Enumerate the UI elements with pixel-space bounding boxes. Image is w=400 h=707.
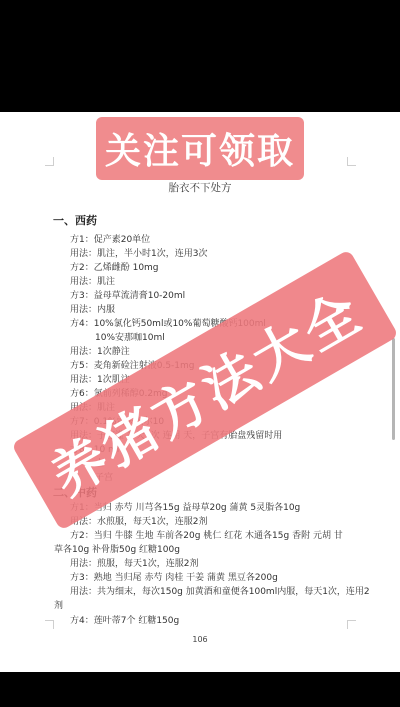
scrollbar[interactable]	[392, 338, 395, 440]
list-item: 用法：内服	[70, 304, 115, 316]
list-item: 方1：促产素20单位	[70, 234, 150, 246]
page-number: 106	[0, 635, 400, 644]
list-item: 用法：水煎服，每天1次，连服2剂	[70, 516, 207, 528]
list-item: 用法：共为细末，每次150g 加黄酒和童便各100ml内服，每天1次，连用2	[70, 586, 370, 598]
list-item: 用法：肌注	[70, 276, 115, 288]
page-corner-mark-bottom-right	[347, 620, 356, 629]
list-item: 草各10g 补骨脂50g 红糖100g	[54, 544, 180, 556]
promo-banner-text: 关注可领取	[105, 123, 295, 174]
list-item: 用法：1次静注	[70, 346, 130, 358]
document-title: 胎衣不下处方	[0, 180, 400, 195]
page-corner-mark-bottom-left	[45, 620, 54, 629]
list-item: 剂	[54, 600, 63, 612]
list-item: 方2：乙烯雌酚 10mg	[70, 262, 159, 274]
list-item: 方2：当归 牛膝 生地 车前各20g 桃仁 红花 木通各15g 香附 元胡 甘	[70, 530, 343, 542]
list-item: 方3：益母草流清膏10-20ml	[70, 290, 185, 302]
list-item: 方4：莲叶蒂7个 红糖150g	[70, 615, 179, 627]
list-item: 10%安那咖10ml	[95, 332, 165, 344]
section-heading-western-medicine: 一、西药	[53, 212, 97, 228]
top-black-bar	[0, 0, 400, 112]
page-corner-mark-top-right	[347, 157, 356, 166]
list-item: 用法：肌注，半小时1次，连用3次	[70, 248, 207, 260]
page-corner-mark-top-left	[45, 157, 54, 166]
promo-banner: 关注可领取	[96, 117, 304, 180]
list-item: 方3：熟地 当归尾 赤芍 肉桂 干姜 蒲黄 黑豆各200g	[70, 572, 278, 584]
bottom-black-bar	[0, 672, 400, 707]
list-item: 用法：煎服，每天1次，连服2剂	[70, 558, 198, 570]
document-page: 胎衣不下处方 一、西药 方1：促产素20单位 用法：肌注，半小时1次，连用3次 …	[0, 112, 400, 672]
